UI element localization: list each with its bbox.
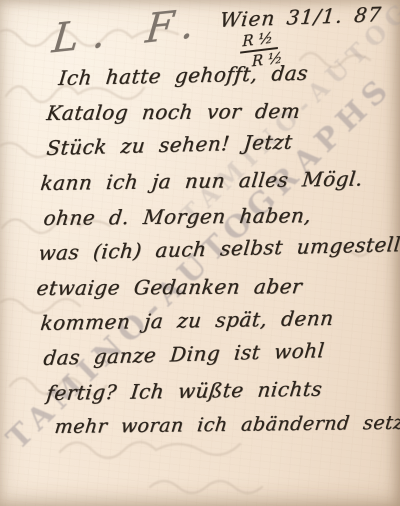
letter-body: Ich hatte gehofft, das Katalog noch vor … <box>0 66 400 451</box>
handwritten-line: mehr woran ich abändernd setze <box>52 412 400 451</box>
handwritten-line: fertig? Ich wüßte nichts <box>44 375 400 416</box>
handwritten-line: was (ich) auch selbst umgestellt; <box>36 232 400 276</box>
letter-page: TAMINO-AUTOGRAPHS TAMINO-AUTOGRAPHS L. F… <box>0 0 400 506</box>
handwritten-line: Ich hatte gehofft, das <box>56 59 400 101</box>
handwritten-line: kann ich ja nun alles Mögl. <box>38 166 400 206</box>
